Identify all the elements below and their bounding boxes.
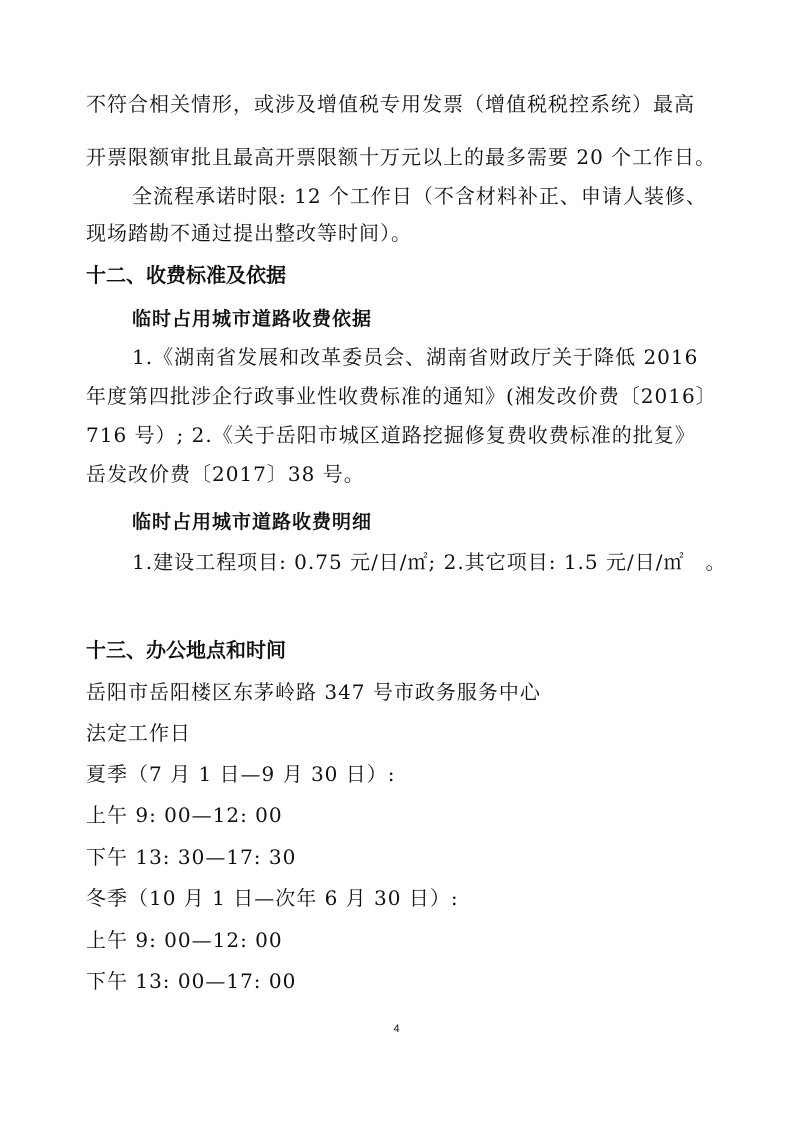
office-info-line: 夏季（7 月 1 日—9 月 30 日）: bbox=[86, 762, 396, 786]
office-info-line: 冬季（10 月 1 日—次年 6 月 30 日）: bbox=[86, 886, 459, 910]
paragraph-line: 现场踏勘不通过提出整改等时间）。 bbox=[86, 221, 412, 245]
paragraph-line: 全流程承诺时限: 12 个工作日（不含材料补正、申请人装修、 bbox=[132, 184, 707, 208]
section-12-heading: 十二、收费标准及依据 bbox=[86, 263, 286, 287]
office-info-line: 法定工作日 bbox=[86, 721, 191, 745]
fee-detail-heading: 临时占用城市道路收费明细 bbox=[132, 510, 372, 534]
section-13-heading: 十三、办公地点和时间 bbox=[86, 638, 286, 662]
office-info-line: 上午 9: 00—12: 00 bbox=[86, 928, 283, 952]
office-info-line: 下午 13: 30—17: 30 bbox=[86, 845, 296, 869]
fee-basis-line: 1.《湖南省发展和改革委员会、湖南省财政厅关于降低 2016 bbox=[132, 345, 698, 369]
paragraph-line: 开票限额审批且最高开票限额十万元以上的最多需要 20 个工作日。 bbox=[86, 145, 716, 169]
office-info-line: 岳阳市岳阳楼区东茅岭路 347 号市政务服务中心 bbox=[86, 680, 541, 704]
office-info-line: 下午 13: 00—17: 00 bbox=[86, 969, 296, 993]
page-number: 4 bbox=[0, 1023, 793, 1035]
paragraph-line: 不符合相关情形，或涉及增值税专用发票（增值税税控系统）最高 bbox=[86, 92, 695, 116]
office-info-line: 上午 9: 00—12: 00 bbox=[86, 803, 283, 827]
fee-detail-line: 1.建设工程项目: 0.75 元/日/㎡; 2.其它项目: 1.5 元/日/㎡ … bbox=[132, 550, 726, 574]
fee-basis-line: 年度第四批涉企行政事业性收费标准的通知》(湘发改价费〔2016〕 bbox=[86, 384, 717, 408]
fee-basis-line: 岳发改价费〔2017〕38 号。 bbox=[86, 462, 365, 486]
fee-basis-line: 716 号）; 2.《关于岳阳市城区道路挖掘修复费收费标准的批复》 bbox=[86, 423, 696, 447]
fee-basis-heading: 临时占用城市道路收费依据 bbox=[132, 307, 372, 331]
